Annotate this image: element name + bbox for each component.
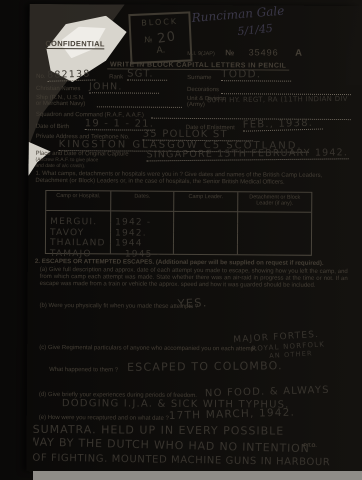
- mi9-number-line: M.I. 9(JAP) № 35496 A: [187, 42, 302, 61]
- ship-label-line2: or Merchant Navy): [36, 101, 85, 107]
- table-row-3-leader: [174, 243, 238, 254]
- table-row-3-camp: TAMAJO: [46, 242, 111, 253]
- mi9-suffix: A: [295, 48, 302, 59]
- table-row-0-leader: [174, 212, 238, 223]
- decorations-line: [221, 87, 351, 95]
- q-b-answer: YES.: [177, 295, 208, 310]
- document-scan: CONFIDENTIAL BLOCK № 20 A. Runciman Gale…: [0, 0, 362, 480]
- table-row-3-block: [238, 244, 311, 255]
- ink-annotation-line2: 5/1/45: [237, 22, 274, 38]
- decorations-label: Decorations: [187, 87, 219, 93]
- paper-left-edge-shadow: [29, 230, 33, 472]
- surname-value: TODD.: [221, 68, 291, 81]
- stamp-no-label: №: [144, 35, 153, 44]
- table-row-2-camp: THAILAND: [46, 232, 111, 243]
- table-row-1-dates: 1942.: [111, 222, 174, 233]
- table-row-0-camp: MERGUI.: [46, 211, 111, 222]
- stamp-number-value: 20: [157, 29, 178, 47]
- unit-label-line2: (Army): [187, 102, 205, 108]
- capture-label-line3: and date of a/c crash).: [35, 163, 85, 169]
- mi9-no-symbol: №: [225, 48, 234, 57]
- q-d-answer-line1: NO FOOD. & ALWAYS: [205, 385, 330, 399]
- block-stamp: BLOCK № 20 A.: [128, 11, 192, 64]
- table-row-1-leader: [174, 222, 238, 233]
- ship-line: [97, 102, 182, 108]
- table-row-2-dates: 1944: [111, 232, 174, 243]
- rank-value: SGT.: [127, 69, 167, 81]
- section2-heading: 2. ESCAPES OR ATTEMPTED ESCAPES. (Additi…: [35, 258, 324, 267]
- surname-label: Surname: [187, 75, 211, 81]
- capture-value: SINGAPORE 15TH FEBRUARY 1942.: [147, 147, 349, 161]
- table-row-2-leader: [174, 233, 238, 244]
- rank-label: Rank: [109, 74, 123, 80]
- q-e-label: (e) How were you recaptured and on what …: [39, 415, 169, 422]
- table-row-2-block: [238, 233, 311, 244]
- enlist-date-value: FEB., 1938.: [243, 117, 323, 131]
- note-line1: SUMATRA. HELD UP IN EVERY POSSIBLE: [33, 423, 285, 438]
- table-row-1-camp: TAVOY: [46, 221, 111, 232]
- note-line3: OF FIGHTING. MOUNTED MACHINE GUNS IN HAR…: [32, 453, 330, 469]
- mi9-number: 35496: [249, 47, 279, 57]
- table-row-3-dates: 1945 -: [111, 243, 174, 254]
- scan-edge-top-right: [346, 0, 362, 85]
- section2-para-a: (a) Give full description and approx. da…: [40, 267, 348, 290]
- q-c-label: (c) Give Regimental particulars of anyon…: [39, 345, 257, 353]
- q-what-label: What happened to them ?: [49, 367, 118, 373]
- unit-value: 80TH HY. REGT, RA (11TH INDIAN DIV: [207, 95, 348, 104]
- christian-names-value: JOHN.: [89, 81, 159, 93]
- col-header-leader: Camp Leader.: [174, 192, 238, 212]
- q-what-answer: ESCAPED TO COLOMBO.: [127, 359, 283, 374]
- mi9-prefix: M.I. 9(JAP): [187, 51, 215, 57]
- q-e-answer: 17TH MARCH, 1942.: [169, 407, 296, 423]
- col-header-block: Detachment or Block Leader (if any).: [238, 192, 311, 213]
- q-b-label: (b) Were you physically fit when you mad…: [40, 303, 199, 310]
- camps-table: Camp or Hospital. Dates. Camp Leader. De…: [45, 190, 312, 256]
- service-number-value: 882138: [47, 68, 95, 81]
- table-row-0-block: [238, 212, 311, 223]
- table-row-1-block: [238, 223, 311, 234]
- christian-names-label: Christian Names: [36, 86, 80, 92]
- scan-bottom-strip: [33, 471, 362, 480]
- confidential-label: CONFIDENTIAL: [45, 39, 105, 49]
- birth-date-label: Date of Birth: [36, 124, 69, 130]
- table-row-0-dates: 1942 -: [111, 211, 174, 222]
- questionnaire-paper: CONFIDENTIAL BLOCK № 20 A. Runciman Gale…: [26, 4, 362, 473]
- col-header-dates: Dates.: [111, 191, 174, 211]
- question1-text: 1. What camps, detachments or hospitals …: [35, 171, 349, 187]
- col-header-camp: Camp or Hospital.: [46, 191, 111, 211]
- service-number-label: No.: [36, 74, 45, 80]
